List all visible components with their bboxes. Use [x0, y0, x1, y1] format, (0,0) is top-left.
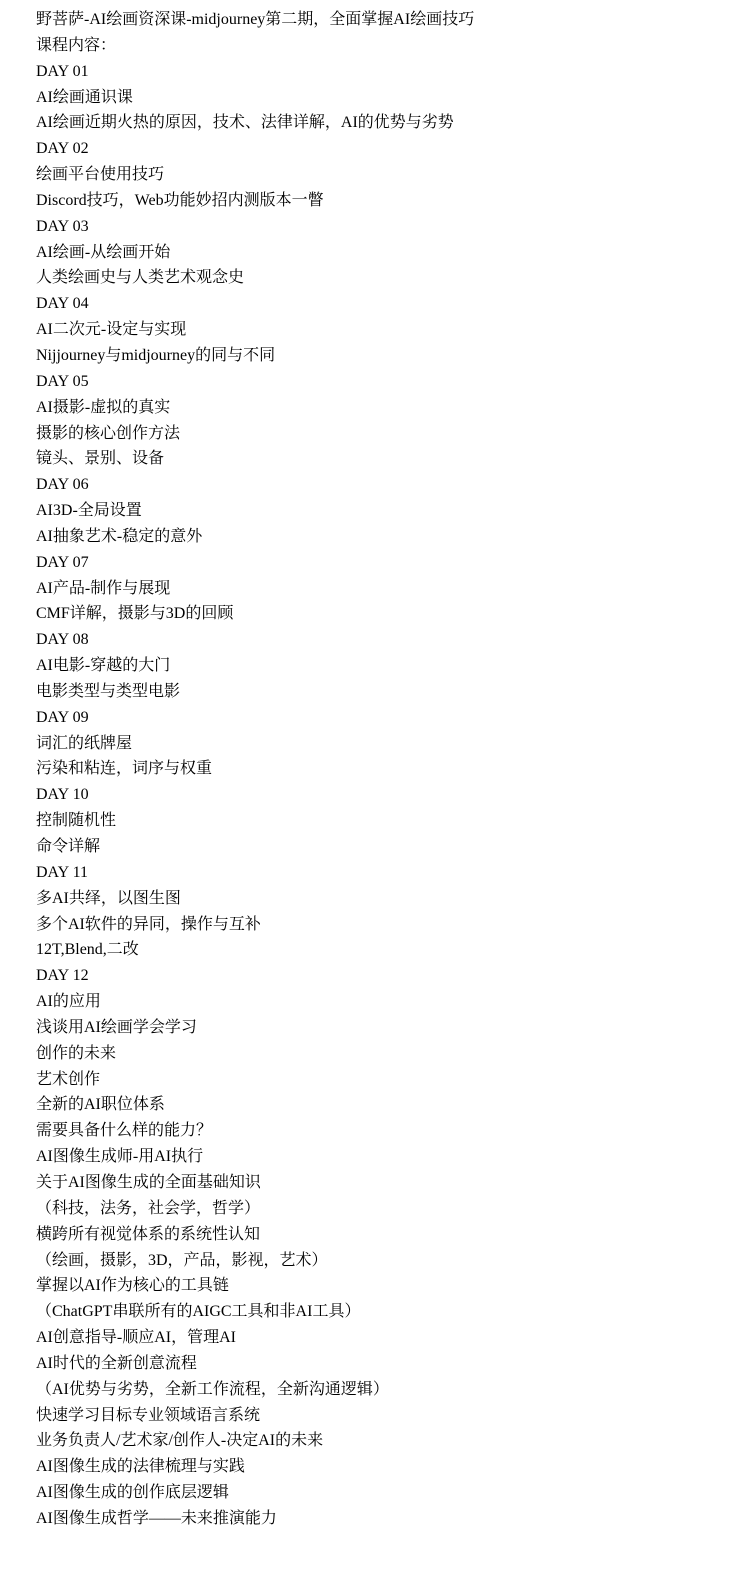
- outline-line: 业务负责人/艺术家/创作人-决定AI的未来: [36, 1428, 474, 1454]
- section-label: 课程内容：: [36, 33, 474, 59]
- outline-line: AI绘画近期火热的原因，技术、法律详解，AI的优势与劣势: [36, 110, 474, 136]
- day-heading: DAY 01: [36, 59, 474, 85]
- outline-line: （AI优势与劣势，全新工作流程，全新沟通逻辑）: [36, 1377, 474, 1403]
- outline-line: 横跨所有视觉体系的系统性认知: [36, 1222, 474, 1248]
- outline-line: （ChatGPT串联所有的AIGC工具和非AI工具）: [36, 1299, 474, 1325]
- day-heading: DAY 03: [36, 214, 474, 240]
- outline-line: AI摄影-虚拟的真实: [36, 395, 474, 421]
- outline-line: 艺术创作: [36, 1067, 474, 1093]
- day-heading: DAY 07: [36, 550, 474, 576]
- outline-line: AI创意指导-顺应AI，管理AI: [36, 1325, 474, 1351]
- day-heading: DAY 05: [36, 369, 474, 395]
- outline-line: 多个AI软件的异同，操作与互补: [36, 912, 474, 938]
- outline-line: Nijjourney与midjourney的同与不同: [36, 343, 474, 369]
- outline-line: 全新的AI职位体系: [36, 1092, 474, 1118]
- document-title: 野菩萨-AI绘画资深课-midjourney第二期，全面掌握AI绘画技巧: [36, 7, 474, 33]
- day-heading: DAY 04: [36, 291, 474, 317]
- outline-line: AI图像生成哲学——未来推演能力: [36, 1506, 474, 1532]
- outline-line: AI二次元-设定与实现: [36, 317, 474, 343]
- outline-line: 绘画平台使用技巧: [36, 162, 474, 188]
- day-heading: DAY 09: [36, 705, 474, 731]
- outline-line: 命令详解: [36, 834, 474, 860]
- outline-line: 污染和粘连，词序与权重: [36, 756, 474, 782]
- outline-line: AI图像生成的法律梳理与实践: [36, 1454, 474, 1480]
- outline-line: 镜头、景别、设备: [36, 446, 474, 472]
- outline-line: 快速学习目标专业领域语言系统: [36, 1403, 474, 1429]
- day-heading: DAY 06: [36, 472, 474, 498]
- course-outline: DAY 01AI绘画通识课AI绘画近期火热的原因，技术、法律详解，AI的优势与劣…: [36, 59, 474, 1532]
- outline-line: AI的应用: [36, 989, 474, 1015]
- outline-line: （绘画，摄影，3D，产品，影视，艺术）: [36, 1248, 474, 1274]
- outline-line: AI绘画通识课: [36, 85, 474, 111]
- outline-line: 需要具备什么样的能力？: [36, 1118, 474, 1144]
- outline-line: 人类绘画史与人类艺术观念史: [36, 265, 474, 291]
- outline-line: （科技，法务，社会学，哲学）: [36, 1196, 474, 1222]
- outline-line: Discord技巧，Web功能妙招内测版本一瞥: [36, 188, 474, 214]
- outline-line: 掌握以AI作为核心的工具链: [36, 1273, 474, 1299]
- outline-line: AI3D-全局设置: [36, 498, 474, 524]
- day-heading: DAY 10: [36, 782, 474, 808]
- outline-line: AI产品-制作与展现: [36, 576, 474, 602]
- outline-line: AI图像生成的创作底层逻辑: [36, 1480, 474, 1506]
- outline-line: AI电影-穿越的大门: [36, 653, 474, 679]
- day-heading: DAY 12: [36, 963, 474, 989]
- outline-line: 摄影的核心创作方法: [36, 421, 474, 447]
- outline-line: CMF详解，摄影与3D的回顾: [36, 601, 474, 627]
- outline-line: 浅谈用AI绘画学会学习: [36, 1015, 474, 1041]
- outline-line: 12T,Blend,二改: [36, 937, 474, 963]
- outline-line: 创作的未来: [36, 1041, 474, 1067]
- outline-line: 关于AI图像生成的全面基础知识: [36, 1170, 474, 1196]
- course-document: 野菩萨-AI绘画资深课-midjourney第二期，全面掌握AI绘画技巧 课程内…: [36, 7, 474, 1532]
- outline-line: AI时代的全新创意流程: [36, 1351, 474, 1377]
- outline-line: 多AI共绎，以图生图: [36, 886, 474, 912]
- outline-line: AI绘画-从绘画开始: [36, 240, 474, 266]
- outline-line: 词汇的纸牌屋: [36, 731, 474, 757]
- outline-line: 电影类型与类型电影: [36, 679, 474, 705]
- day-heading: DAY 11: [36, 860, 474, 886]
- outline-line: AI抽象艺术-稳定的意外: [36, 524, 474, 550]
- day-heading: DAY 02: [36, 136, 474, 162]
- outline-line: 控制随机性: [36, 808, 474, 834]
- day-heading: DAY 08: [36, 627, 474, 653]
- outline-line: AI图像生成师-用AI执行: [36, 1144, 474, 1170]
